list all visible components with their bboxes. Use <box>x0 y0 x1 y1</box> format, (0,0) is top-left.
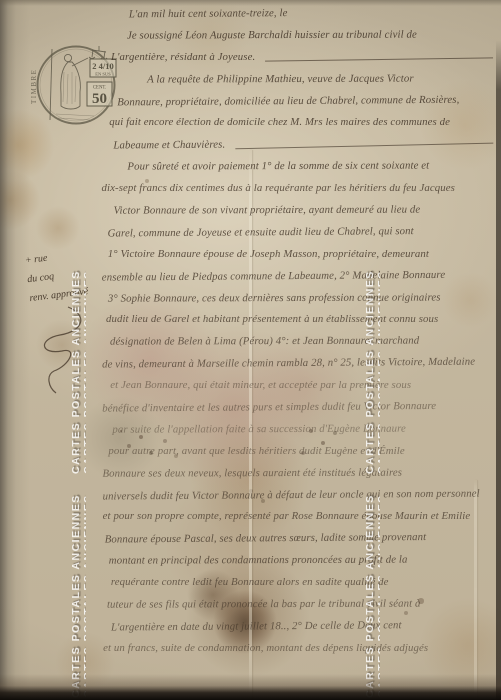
manuscript-text: et pour son propre compte, représenté pa… <box>103 510 471 522</box>
manuscript-line: dudit lieu de Garel et habitant présente… <box>102 313 498 335</box>
manuscript-line: Victor Bonnaure de son vivant propriétai… <box>102 203 498 226</box>
manuscript-line: Bonnaure épouse Pascal, ses deux autres … <box>103 531 499 556</box>
manuscript-line: de vins, demeurant à Marseille chemin ra… <box>102 356 498 381</box>
manuscript-line: et pour son propre compte, représenté pa… <box>103 510 499 532</box>
manuscript-line: L'argentière en date du vingt juillet 18… <box>103 618 499 643</box>
manuscript-line: et Jean Bonnaure, qui était mineur, et a… <box>102 379 498 401</box>
paraph-signature <box>30 305 82 397</box>
manuscript-line: par suite de l'appellation faite à sa su… <box>102 422 498 445</box>
manuscript-text: Labeaume et Chauvières. <box>113 139 225 152</box>
manuscript-line: 3° Sophie Bonnaure, ces deux dernières s… <box>102 291 498 314</box>
manuscript-text: requérante contre ledit feu Bonnaure alo… <box>111 576 389 588</box>
manuscript-text: Garel, commune de Joyeuse et ensuite aud… <box>108 225 414 239</box>
manuscript-line: dix-sept francs dix centimes dus à la re… <box>102 182 498 204</box>
manuscript-line: 1° Victoire Bonnaure épouse de Joseph Ma… <box>102 248 498 270</box>
manuscript-line: tuteur de ses fils qui était prononcée l… <box>103 597 499 620</box>
manuscript-line: Bonnaure ses deux neveux, lesquels aurai… <box>102 466 498 489</box>
manuscript-text: Bonnaure, propriétaire, domiciliée au li… <box>117 93 459 108</box>
manuscript-text: Bonnaure épouse Pascal, ses deux autres … <box>105 531 427 546</box>
manuscript-text: et Jean Bonnaure, qui était mineur, et a… <box>110 379 411 391</box>
manuscript-text: Bonnaure ses deux neveux, lesquels aurai… <box>102 466 402 479</box>
manuscript-line: et un francs, suite de condamnation, mon… <box>103 642 499 664</box>
manuscript-line: pour autre part, avant que lesdits hérit… <box>102 445 498 467</box>
manuscript-line: requérante contre ledit feu Bonnaure alo… <box>103 576 499 598</box>
manuscript-text: L'argentière en date du vingt juillet 18… <box>111 619 402 633</box>
manuscript-text: bénéfice d'inventaire et les autres purs… <box>102 400 436 415</box>
manuscript-line: A la requête de Philippine Mathieu, veuv… <box>101 72 497 95</box>
manuscript-text: Je soussigné Léon Auguste Barchaldi huis… <box>127 28 417 41</box>
manuscript-text: ensemble au lieu de Piedpas commune de L… <box>102 269 446 284</box>
manuscript-text: 3° Sophie Bonnaure, ces deux dernières s… <box>108 291 441 304</box>
manuscript-line: Labeaume et Chauvières. <box>101 137 497 162</box>
manuscript-text: pour autre part, avant que lesdits hérit… <box>108 445 404 457</box>
manuscript-line: Pour sûreté et avoir paiement 1° de la s… <box>101 160 497 183</box>
stamp-timbre-label: TIMBRE <box>30 69 38 104</box>
manuscript-line: L'an mil huit cent soixante-treize, le <box>101 5 497 30</box>
manuscript-line: désignation de Belen à Lima (Pérou) 4°: … <box>102 335 498 358</box>
manuscript-text: montant en principal des condamnations p… <box>109 554 408 567</box>
manuscript-text: dix-sept francs dix centimes dus à la re… <box>102 182 455 194</box>
manuscript-text: L'argentière, résidant à Joyeuse. <box>111 51 255 63</box>
manuscript-text: universels dudit feu Victor Bonnaure à d… <box>102 487 479 502</box>
manuscript-text: et un francs, suite de condamnation, mon… <box>103 642 428 654</box>
scan-edge-bottom <box>0 674 501 700</box>
manuscript-line: universels dudit feu Victor Bonnaure à d… <box>102 487 498 512</box>
manuscript-line: bénéfice d'inventaire et les autres purs… <box>102 399 498 424</box>
manuscript-line: ensemble au lieu de Piedpas commune de L… <box>102 268 498 293</box>
manuscript-text: L'an mil huit cent soixante-treize, le <box>129 7 288 20</box>
manuscript-text: par suite de l'appellation faite à sa su… <box>112 423 406 436</box>
manuscript-line: Garel, commune de Joyeuse et ensuite aud… <box>102 224 498 249</box>
manuscript-text: de vins, demeurant à Marseille chemin ra… <box>102 356 475 371</box>
manuscript-text: Victor Bonnaure de son vivant propriétai… <box>114 204 421 217</box>
manuscript-text: désignation de Belen à Lima (Pérou) 4°: … <box>110 335 419 348</box>
manuscript-line: L'argentière, résidant à Joyeuse. <box>101 51 497 73</box>
manuscript-page: TIMBRE 2 4/10 EN SUS CENT. 50 + ruedu co… <box>0 0 501 700</box>
manuscript-text: A la requête de Philippine Mathieu, veuv… <box>147 72 414 85</box>
manuscript-text: Pour sûreté et avoir paiement 1° de la s… <box>127 160 429 173</box>
manuscript-text: tuteur de ses fils qui était prononcée l… <box>107 598 421 611</box>
manuscript-body: L'an mil huit cent soixante-treize, leJe… <box>101 6 499 664</box>
manuscript-line: Bonnaure, propriétaire, domiciliée au li… <box>101 93 497 118</box>
manuscript-text: dudit lieu de Garel et habitant présente… <box>106 313 438 325</box>
manuscript-text: qui fait encore élection de domicile che… <box>109 116 450 128</box>
flourish-dash <box>265 57 493 61</box>
manuscript-line: Je soussigné Léon Auguste Barchaldi huis… <box>101 28 497 51</box>
margin-note: + ruedu coqrenv. approuvé <box>24 243 100 308</box>
manuscript-text: 1° Victoire Bonnaure épouse de Joseph Ma… <box>108 248 429 260</box>
flourish-dash <box>235 143 493 150</box>
manuscript-line: montant en principal des condamnations p… <box>103 554 499 577</box>
manuscript-line: qui fait encore élection de domicile che… <box>101 116 497 138</box>
